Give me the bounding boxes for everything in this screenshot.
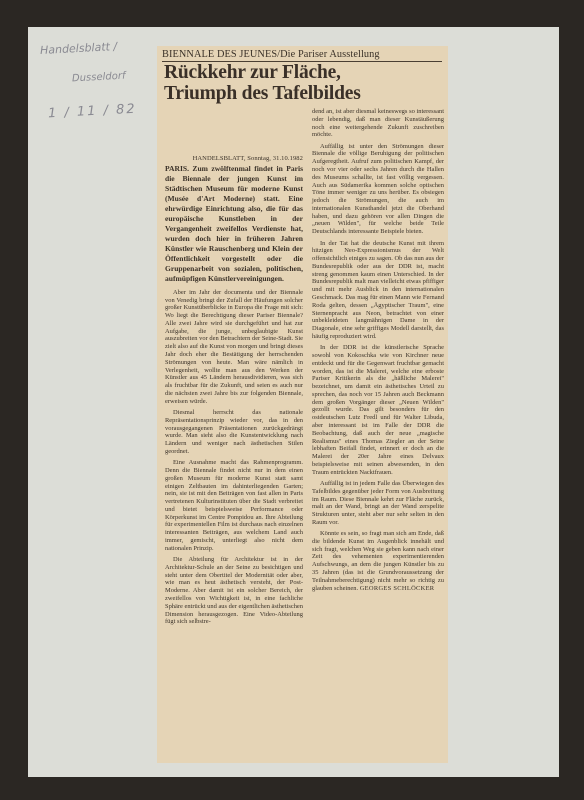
paragraph: Auffällig ist unter den Strömungen diese… [312,143,444,236]
paragraph-final: Könnte es sein, so fragt man sich am End… [312,530,444,592]
article-kicker: BIENNALE DES JEUNES/Die Pariser Ausstell… [162,49,442,62]
article-author: GEORGES SCHLÖCKER [360,585,435,592]
headline-line-1: Rückkehr zur Fläche, [164,62,444,83]
paragraph: Diesmal herrscht das nationale Repräsent… [165,409,303,456]
article-column-right: dend an, ist aber diesmal keineswegs so … [312,108,444,596]
paragraph: In der Tat hat die deutsche Kunst mit ih… [312,240,444,341]
paragraph: Aber im Jahr der documenta und der Bienn… [165,289,303,406]
article-column-left: HANDELSBLATT, Sonntag, 31.10.1982 PARIS.… [165,155,303,630]
final-paragraph-text: Könnte es sein, so fragt man sich am End… [312,530,444,591]
paragraph: dend an, ist aber diesmal keineswegs so … [312,108,444,139]
paragraph: In der DDR ist die künstlerische Sprache… [312,344,444,476]
paragraph: Die Abteilung für Architektur ist in der… [165,556,303,626]
newspaper-clipping: BIENNALE DES JEUNES/Die Pariser Ausstell… [157,46,448,763]
headline-line-2: Triumph des Tafelbildes [164,83,444,104]
paragraph: Eine Ausnahme macht das Rahmenprogramm. … [165,459,303,552]
paragraph: Auffällig ist in jedem Falle das Überwie… [312,480,444,527]
article-headline: Rückkehr zur Fläche, Triumph des Tafelbi… [164,62,444,104]
article-lead: PARIS. Zum zwölftenmal findet in Paris d… [165,164,303,284]
article-dateline: HANDELSBLATT, Sonntag, 31.10.1982 [165,155,303,163]
